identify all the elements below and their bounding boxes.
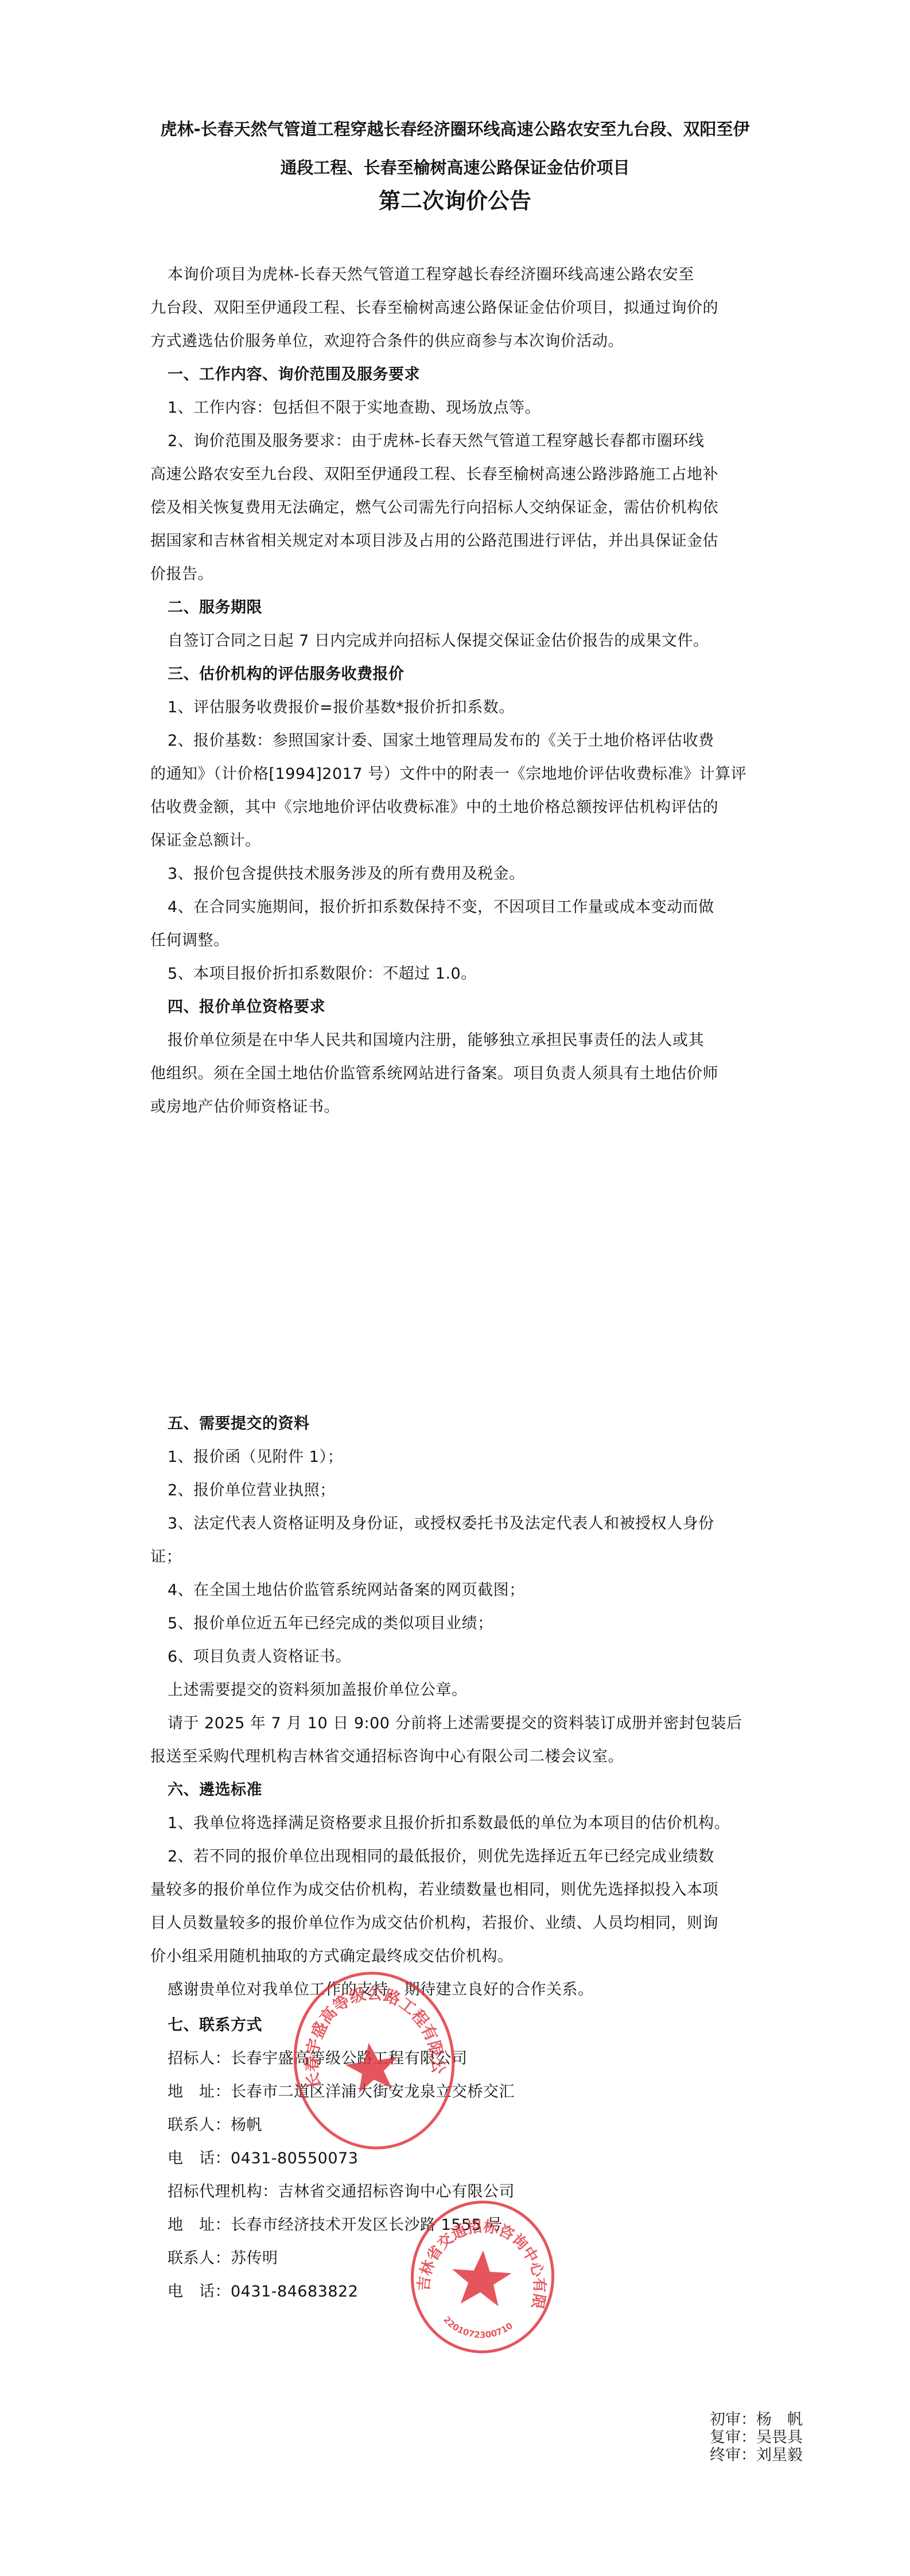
- section-6-thanks: 感谢贵单位对我单位工作的支持，期待建立良好的合作关系。: [168, 1980, 594, 2000]
- section-7-title: 七、联系方式: [168, 2016, 262, 2035]
- section-1-title: 一、工作内容、询价范围及服务要求: [168, 365, 420, 385]
- section-2-text: 自签订合同之日起 7 日内完成并向招标人保提交保证金估价报告的成果文件。: [168, 631, 709, 651]
- section-5-item-3: 证；: [150, 1547, 182, 1567]
- agent-address: 地 址：长春市经济技术开发区长沙路 1555 号: [168, 2216, 503, 2235]
- section-5-item-2: 2、报价单位营业执照；: [168, 1481, 336, 1500]
- section-5-title: 五、需要提交的资料: [168, 1414, 310, 1434]
- section-5-note: 上述需要提交的资料须加盖报价单位公章。: [168, 1681, 468, 1700]
- review-second: 复审：吴畏具: [710, 2428, 803, 2446]
- section-5-deadline: 请于 2025 年 7 月 10 日 9:00 分前将上述需要提交的资料装订成册…: [168, 1714, 742, 1733]
- section-4-title: 四、报价单位资格要求: [168, 998, 325, 1017]
- svg-text:2201072300710: 2201072300710: [440, 2314, 515, 2342]
- section-1-item-1: 1、工作内容：包括但不限于实地查勘、现场放点等。: [168, 398, 540, 418]
- section-4-text: 或房地产估价师资格证书。: [150, 1097, 340, 1117]
- section-1-item-2: 高速公路农安至九台段、双阳至伊通段工程、长春至榆树高速公路涉路施工占地补: [150, 465, 718, 484]
- section-1-item-2: 据国家和吉林省相关规定对本项目涉及占用的公路范围进行评估，并出具保证金估: [150, 532, 718, 551]
- section-5-item-4: 4、在全国土地估价监管系统网站备案的网页截图；: [168, 1581, 525, 1600]
- section-6-item-2: 2、若不同的报价单位出现相同的最低报价，则优先选择近五年已经完成业绩数: [168, 1847, 714, 1867]
- section-5-item-5: 5、报价单位近五年已经完成的类似项目业绩；: [168, 1614, 493, 1634]
- section-3-item-5: 5、本项目报价折扣系数限价：不超过 1.0。: [168, 964, 477, 984]
- section-1-item-2: 价报告。: [150, 565, 213, 584]
- tenderer-contact: 联系人：杨帆: [168, 2116, 262, 2135]
- section-1-item-2: 2、询价范围及服务要求：由于虎林-长春天然气管道工程穿越长春都市圈环线: [168, 432, 704, 451]
- document-title-line1: 虎林-长春天然气管道工程穿越长春经济圈环线高速公路农安至九台段、双阳至伊: [0, 119, 910, 139]
- review-final: 终审：刘星毅: [710, 2446, 803, 2464]
- intro-line: 九台段、双阳至伊通段工程、长春至榆树高速公路保证金估价项目，拟通过询价的: [150, 298, 718, 318]
- section-4-text: 他组织。须在全国土地估价监管系统网站进行备案。项目负责人须具有土地估价师: [150, 1064, 718, 1084]
- section-3-title: 三、估价机构的评估服务收费报价: [168, 665, 405, 684]
- section-3-item-4: 4、在合同实施期间，报价折扣系数保持不变，不因项目工作量或成本变动而做: [168, 898, 714, 917]
- tenderer-phone: 电 话：0431-80550073: [168, 2149, 358, 2168]
- section-3-item-2: 估收费金额，其中《宗地地价评估收费标准》中的土地价格总额按评估机构评估的: [150, 798, 718, 817]
- document-heading: 第二次询价公告: [0, 188, 910, 214]
- document-title-line2: 通段工程、长春至榆树高速公路保证金估价项目: [0, 157, 910, 178]
- section-2-title: 二、服务期限: [168, 598, 262, 618]
- section-3-item-3: 3、报价包含提供技术服务涉及的所有费用及税金。: [168, 864, 525, 884]
- section-3-item-4: 任何调整。: [150, 931, 230, 951]
- section-1-item-2: 偿及相关恢复费用无法确定，燃气公司需先行向招标人交纳保证金，需估价机构依: [150, 498, 718, 518]
- section-3-item-1: 1、评估服务收费报价=报价基数*报价折扣系数。: [168, 698, 515, 717]
- section-6-item-2: 目人员数量较多的报价单位作为成交估价机构，若报价、业绩、人员均相同，则询: [150, 1914, 718, 1933]
- section-5-item-6: 6、项目负责人资格证书。: [168, 1647, 351, 1667]
- intro-line: 方式遴选估价服务单位，欢迎符合条件的供应商参与本次询价活动。: [150, 332, 624, 351]
- agent-contact: 联系人：苏传明: [168, 2249, 278, 2268]
- section-3-item-2: 的通知》（计价格[1994]2017 号）文件中的附表一《宗地地价评估收费标准》…: [150, 765, 746, 784]
- agent-name: 招标代理机构：吉林省交通招标咨询中心有限公司: [168, 2182, 515, 2202]
- section-5-item-3: 3、法定代表人资格证明及身份证，或授权委托书及法定代表人和被授权人身份: [168, 1514, 714, 1534]
- section-5-deadline: 报送至采购代理机构吉林省交通招标咨询中心有限公司二楼会议室。: [150, 1747, 624, 1767]
- section-6-item-2: 价小组采用随机抽取的方式确定最终成交估价机构。: [150, 1947, 514, 1966]
- section-6-item-2: 量较多的报价单位作为成交估价机构，若业绩数量也相同，则优先选择拟投入本项: [150, 1880, 718, 1900]
- section-6-item-1: 1、我单位将选择满足资格要求且报价折扣系数最低的单位为本项目的估价机构。: [168, 1814, 730, 1833]
- section-5-item-1: 1、报价函（见附件 1）；: [168, 1448, 343, 1467]
- tenderer-name: 招标人：长春宇盛高等级公路工程有限公司: [168, 2049, 468, 2069]
- intro-line: 本询价项目为虎林-长春天然气管道工程穿越长春经济圈环线高速公路农安至: [168, 265, 694, 285]
- section-3-item-2: 保证金总额计。: [150, 831, 261, 851]
- section-4-text: 报价单位须是在中华人民共和国境内注册，能够独立承担民事责任的法人或其: [168, 1031, 704, 1050]
- agent-phone: 电 话：0431-84683822: [168, 2282, 358, 2302]
- section-6-title: 六、遴选标准: [168, 1780, 262, 1800]
- tenderer-address: 地 址：长春市二道区洋浦大街安龙泉立交桥交汇: [168, 2082, 515, 2102]
- review-initial: 初审：杨 帆: [710, 2411, 803, 2428]
- section-3-item-2: 2、报价基数：参照国家计委、国家土地管理局发布的《关于土地价格评估收费: [168, 731, 714, 751]
